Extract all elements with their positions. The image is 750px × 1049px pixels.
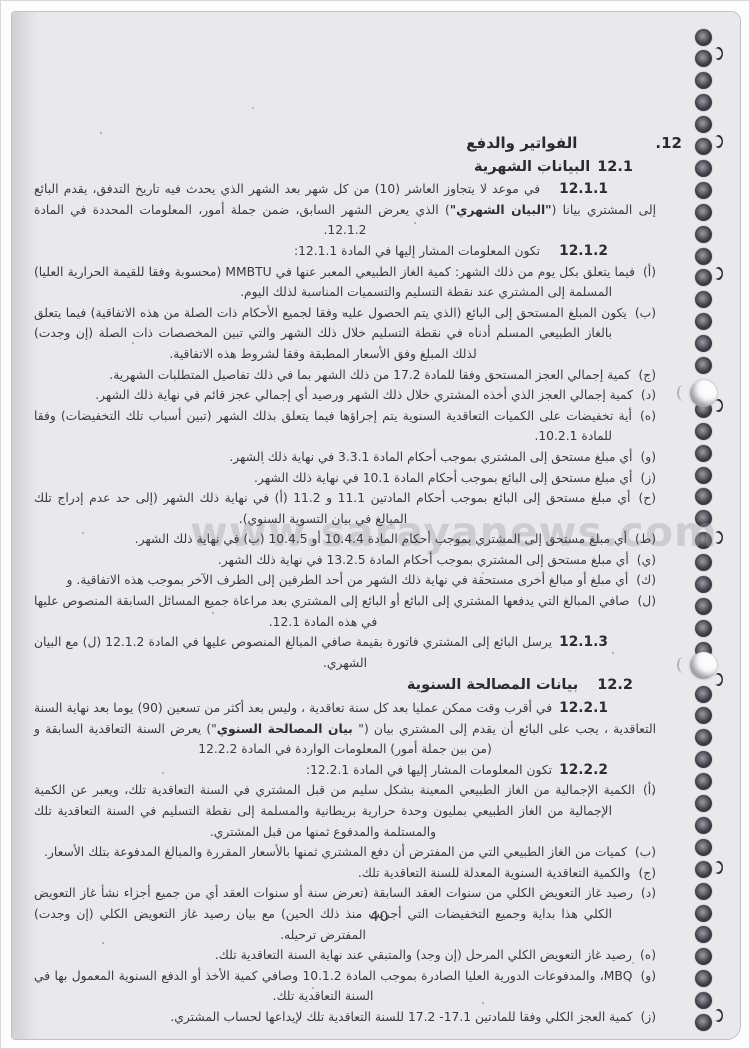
binding-hole xyxy=(695,598,712,615)
scanned-document-screenshot: www.sarayanews.com 12.الفواتير والدفع 12… xyxy=(0,0,750,1049)
item-text: أي مبلغ مستحق إلى البائع بموجب أحكام الم… xyxy=(34,491,630,526)
item-text: أي مبلغ مستحق إلى المشتري بموجب أحكام ال… xyxy=(218,553,629,567)
clause-12.1.1: 12.1.1في موعد لا يتجاوز العاشر (10) من ك… xyxy=(34,179,656,241)
binding-notch xyxy=(714,673,723,686)
section-heading-12: 12.الفواتير والدفع xyxy=(34,133,682,154)
item-text: أي مبلغ مستحق إلى البائع بموجب أحكام الم… xyxy=(254,471,632,485)
item-marker: (أ) xyxy=(643,783,656,797)
item-text: والكمية التعاقدية السنوية المعدلة للسنة … xyxy=(358,866,631,880)
clause-number: 12.1.3 xyxy=(559,634,608,650)
item-text: كميات من الغاز الطبيعي التي من المفترض أ… xyxy=(44,845,627,859)
binding-hole xyxy=(695,1014,712,1031)
list-item-12.1.2-j: (ي)أي مبلغ مستحق إلى المشتري بموجب أحكام… xyxy=(34,550,656,571)
binding-hole xyxy=(695,335,712,352)
binding-hole xyxy=(695,795,712,812)
list-item-12.2.2-d: (د)رصيد غاز التعويض الكلي من سنوات العقد… xyxy=(34,883,656,945)
item-marker: (ز) xyxy=(640,471,656,485)
binding-hole xyxy=(695,686,712,703)
punch-hole xyxy=(690,380,717,407)
binding-hole xyxy=(695,204,712,221)
clause-text: تكون المعلومات المشار إليها في المادة 12… xyxy=(306,763,552,777)
item-text: الكمية الإجمالية من الغاز الطبيعي المعين… xyxy=(34,783,635,838)
document-body: 12.الفواتير والدفع 12.1البيانات الشهرية … xyxy=(34,133,656,1028)
clause-12.1.3: 12.1.3يرسل البائع إلى المشتري فاتورة بقي… xyxy=(34,632,656,673)
item-marker: (د) xyxy=(641,886,656,900)
item-text: MBQ، والمدفوعات الدورية العليا الصادرة ب… xyxy=(34,969,632,1004)
list-item-12.1.2-b: (ب)يكون المبلغ المستحق إلى البائع (الذي … xyxy=(34,303,656,365)
binding-hole xyxy=(695,817,712,834)
section-title: البيانات الشهرية xyxy=(474,159,590,175)
item-marker: (ه) xyxy=(640,948,656,962)
item-text: أي مبلغ مستحق إلى المشتري بموجب أحكام ال… xyxy=(229,450,632,464)
binding-hole xyxy=(695,839,712,856)
item-marker: (د) xyxy=(641,388,656,402)
list-item-12.1.2-i: (ط)أي مبلغ مستحق إلى المشتري بموجب أحكام… xyxy=(34,529,656,550)
section-number: 12.2 xyxy=(597,677,633,693)
item-marker: (و) xyxy=(640,450,656,464)
clause-12.2.1: 12.2.1في أقرب وقت ممكن عمليا بعد كل سنة … xyxy=(34,698,656,760)
binding-hole xyxy=(695,423,712,440)
binding-hole xyxy=(695,467,712,484)
section-number: 12.1 xyxy=(597,159,633,175)
item-text: فيما يتعلق بكل يوم من ذلك الشهر: كمية ال… xyxy=(34,265,635,300)
item-text: رصيد غاز التعويض الكلي المرحل (إن وجد) و… xyxy=(215,948,632,962)
page-number: 40 xyxy=(370,909,389,925)
item-marker: (ح) xyxy=(638,491,656,505)
binding-hole xyxy=(695,992,712,1009)
item-marker: (ك) xyxy=(636,573,656,587)
clause-12.1.2: 12.1.2تكون المعلومات المشار إليها في الم… xyxy=(34,241,656,262)
list-item-12.1.2-f: (و)أي مبلغ مستحق إلى المشتري بموجب أحكام… xyxy=(34,447,656,468)
section-heading-12.1: 12.1البيانات الشهرية xyxy=(34,157,656,178)
section-title: الفواتير والدفع xyxy=(466,134,577,152)
binding-hole xyxy=(695,248,712,265)
clause-text: ) الذي يعرض الشهر السابق، ضمن جملة أمور،… xyxy=(34,203,450,238)
item-text: كمية إجمالي العجز المستحق وفقا للمادة 17… xyxy=(109,368,630,382)
binding-hole xyxy=(695,357,712,374)
binding-hole xyxy=(695,576,712,593)
binding-hole xyxy=(695,905,712,922)
item-text: كمية العجز الكلي وفقا للمادتين 17.1- 17.… xyxy=(170,1010,632,1024)
section-number: 12. xyxy=(655,134,682,152)
list-item-12.1.2-k: (ك)أي مبلغ أو مبالغ أخرى مستحقة في نهاية… xyxy=(34,570,656,591)
section-heading-12.2: 12.2بيانات المصالحة السنوية xyxy=(34,675,656,696)
clause-number: 12.2.1 xyxy=(559,700,608,716)
list-item-12.1.2-h: (ح)أي مبلغ مستحق إلى البائع بموجب أحكام … xyxy=(34,488,656,529)
item-marker: (و) xyxy=(640,969,656,983)
list-item-12.2.2-a: (أ)الكمية الإجمالية من الغاز الطبيعي الم… xyxy=(34,780,656,842)
list-item-12.1.2-l: (ل)صافي المبالغ التي يدفعها المشتري إلى … xyxy=(34,591,656,632)
binding-notch xyxy=(714,135,723,148)
binding-notch xyxy=(714,399,723,412)
clause-text: يرسل البائع إلى المشتري فاتورة بقيمة صاف… xyxy=(34,635,552,670)
item-text: أي مبلغ أو مبالغ أخرى مستحقة في نهاية ذل… xyxy=(67,573,629,587)
binding-hole xyxy=(695,160,712,177)
list-item-12.1.2-a: (أ)فيما يتعلق بكل يوم من ذلك الشهر: كمية… xyxy=(34,262,656,303)
list-item-12.2.2-b: (ب)كميات من الغاز الطبيعي التي من المفتر… xyxy=(34,842,656,863)
item-text: رصيد غاز التعويض الكلي من سنوات العقد ال… xyxy=(34,886,633,941)
item-marker: (ه) xyxy=(640,409,656,423)
list-item-12.2.2-c: (ج)والكمية التعاقدية السنوية المعدلة للس… xyxy=(34,863,656,884)
binding-hole xyxy=(695,182,712,199)
binding-hole xyxy=(695,138,712,155)
item-marker: (أ) xyxy=(643,265,656,279)
binding-notch xyxy=(714,861,723,874)
binding-hole xyxy=(695,620,712,637)
list-item-12.1.2-g: (ز)أي مبلغ مستحق إلى البائع بموجب أحكام … xyxy=(34,468,656,489)
scanned-page: www.sarayanews.com 12.الفواتير والدفع 12… xyxy=(11,11,741,1040)
list-item-12.1.2-c: (ج)كمية إجمالي العجز المستحق وفقا للمادة… xyxy=(34,365,656,386)
list-item-12.2.2-e: (ه)رصيد غاز التعويض الكلي المرحل (إن وجد… xyxy=(34,945,656,966)
item-marker: (ب) xyxy=(635,306,656,320)
binding-notch xyxy=(714,267,723,280)
clause-12.2.2: 12.2.2تكون المعلومات المشار إليها في الم… xyxy=(34,760,656,781)
item-marker: (ل) xyxy=(637,594,656,608)
binding-notch xyxy=(714,1009,723,1022)
item-marker: (ي) xyxy=(637,553,656,567)
scan-noise xyxy=(12,12,14,14)
item-text: أية تخفيضات على الكميات التعاقدية السنوي… xyxy=(34,409,632,444)
item-text: أي مبلغ مستحق إلى المشتري بموجب أحكام ال… xyxy=(135,532,627,546)
item-text: كمية إجمالي العجز الذي أخذه المشتري خلال… xyxy=(95,388,633,402)
clause-text: تكون المعلومات المشار إليها في المادة 12… xyxy=(294,244,540,258)
binding-hole xyxy=(695,445,712,462)
item-marker: (ز) xyxy=(640,1010,656,1024)
binding-hole xyxy=(695,116,712,133)
item-marker: (ب) xyxy=(635,845,656,859)
clause-number: 12.1.2 xyxy=(559,243,608,259)
binding-hole xyxy=(695,773,712,790)
clause-number: 12.1.1 xyxy=(559,181,608,197)
list-item-12.2.2-g: (ز)كمية العجز الكلي وفقا للمادتين 17.1- … xyxy=(34,1007,656,1028)
section-title: بيانات المصالحة السنوية xyxy=(407,677,578,693)
punch-hole xyxy=(690,652,717,679)
binding-hole xyxy=(695,29,712,46)
defined-term: "البيان الشهري" xyxy=(450,203,552,217)
item-text: يكون المبلغ المستحق إلى البائع (الذي يتم… xyxy=(34,306,627,361)
binding-hole xyxy=(695,554,712,571)
list-item-12.1.2-e: (ه)أية تخفيضات على الكميات التعاقدية الس… xyxy=(34,406,656,447)
binding-hole xyxy=(695,226,712,243)
item-text: صافي المبالغ التي يدفعها المشتري إلى الب… xyxy=(34,594,629,629)
item-marker: (ج) xyxy=(638,866,656,880)
binding-hole xyxy=(695,861,712,878)
clause-number: 12.2.2 xyxy=(559,762,608,778)
defined-term: بيان المصالحة السنوي xyxy=(217,722,359,736)
binding-notch xyxy=(714,47,723,60)
item-marker: (ج) xyxy=(638,368,656,382)
item-marker: (ط) xyxy=(635,532,656,546)
binding-hole xyxy=(695,883,712,900)
list-item-12.1.2-d: (د)كمية إجمالي العجز الذي أخذه المشتري خ… xyxy=(34,385,656,406)
list-item-12.2.2-f: (و)MBQ، والمدفوعات الدورية العليا الصادر… xyxy=(34,966,656,1007)
